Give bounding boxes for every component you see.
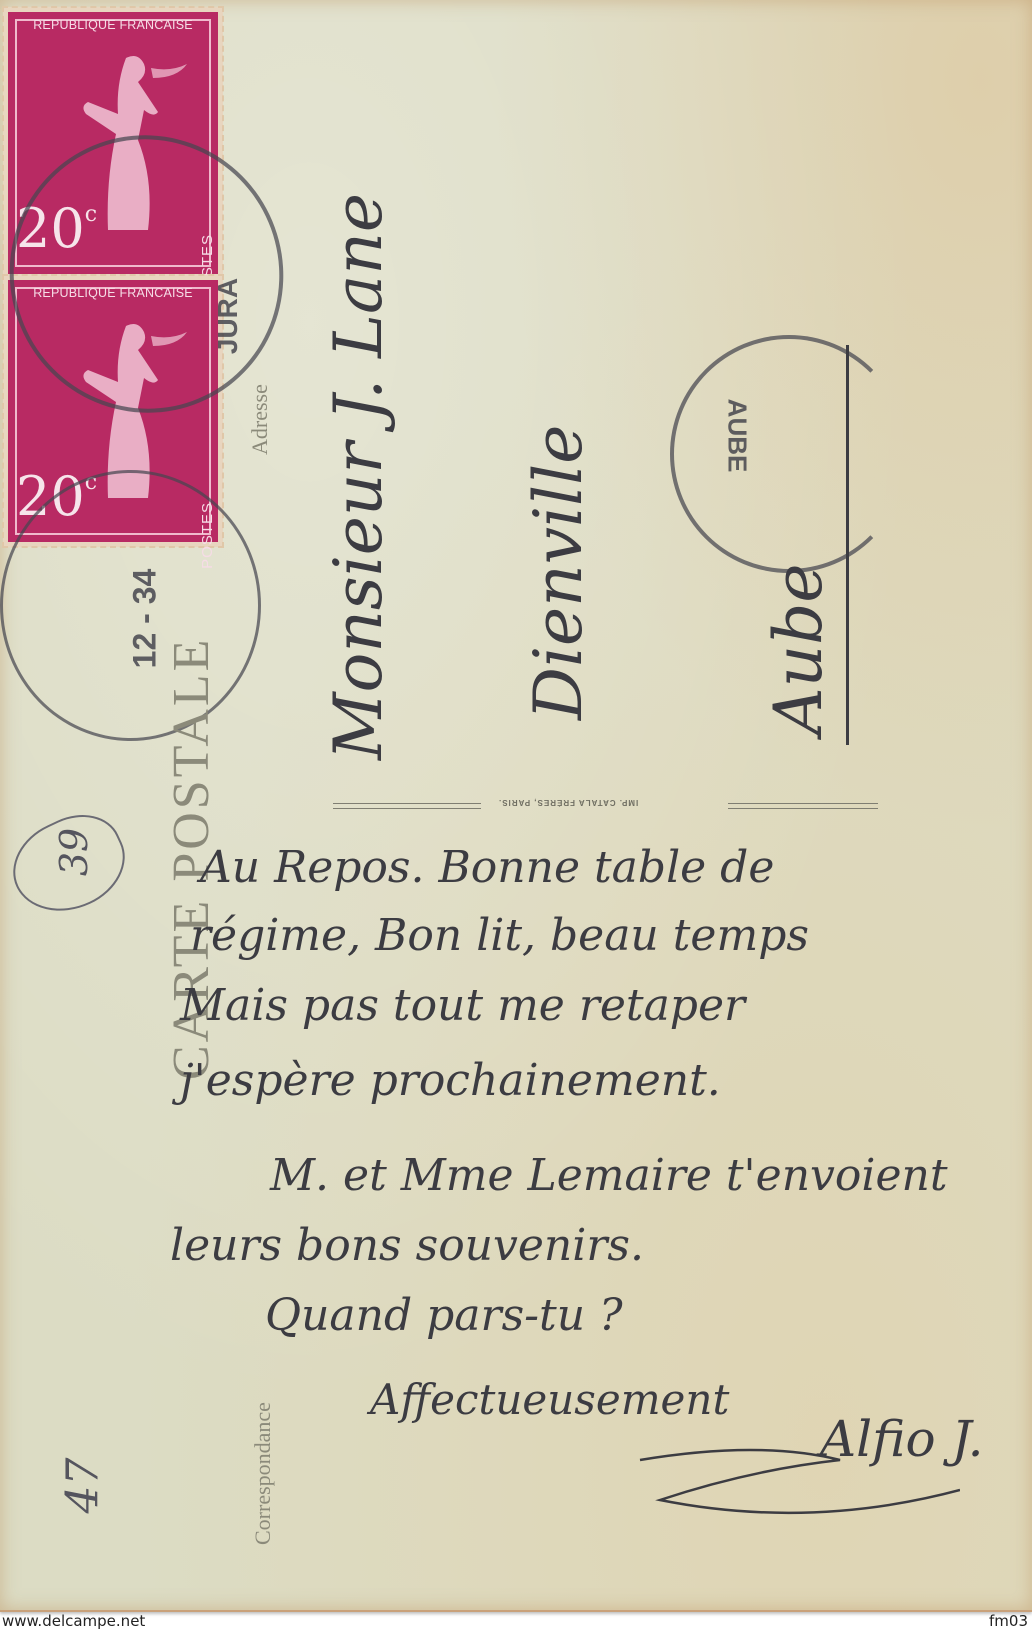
correspondence-label: Correspondance [250, 1402, 276, 1545]
footer-site: www.delcampe.net [2, 1612, 145, 1630]
postmark-place: JURA [212, 278, 244, 354]
address-underline [846, 345, 849, 745]
message-line: régime, Bon lit, beau temps [190, 910, 809, 961]
stamp-country: REPUBLIQUE FRANCAISE [8, 18, 218, 32]
message-line: j'espère prochainement. [180, 1055, 721, 1106]
address-line-recipient: Monsieur J. Lane [320, 193, 397, 760]
address-label: Adresse [247, 384, 273, 455]
message-line: Au Repos. Bonne table de [200, 842, 774, 893]
message-line: Quand pars-tu ? [265, 1290, 623, 1341]
divider-line [728, 808, 878, 809]
divider-line [728, 803, 878, 804]
arrival-postmark-department: AUBE [721, 399, 752, 473]
message-line: M. et Mme Lemaire t'envoient [270, 1150, 948, 1201]
circled-number: 39 [52, 828, 96, 876]
signature-flourish-icon [630, 1420, 960, 1540]
address-line-town: Dienville [520, 425, 597, 720]
divider-line [333, 808, 481, 809]
message-line: Mais pas tout me retaper [180, 980, 745, 1031]
divider-line [333, 803, 481, 804]
postmark-date: 12 - 34 [126, 569, 163, 669]
postcard-back: REPUBLIQUE FRANCAISE 20c POSTES REPUBLIQ… [0, 0, 1032, 1612]
closing: Affectueusement [370, 1375, 729, 1424]
printer-credit: IMP. CATALA FRÈRES, PARIS. [498, 798, 638, 807]
arrival-postmark-circle [670, 335, 908, 573]
message-line: leurs bons souvenirs. [170, 1220, 644, 1271]
address-line-department: Aube [760, 564, 837, 735]
margin-number: 47 [58, 1458, 109, 1514]
footer-seller: fm03 [989, 1612, 1028, 1630]
